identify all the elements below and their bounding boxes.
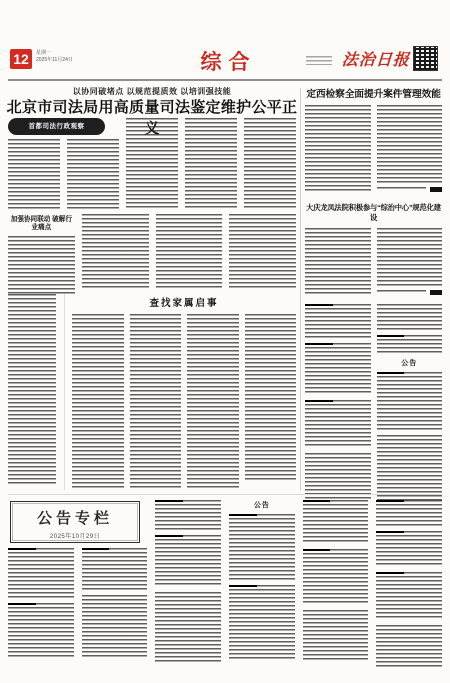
sidebar-article-1-body (305, 105, 442, 193)
announcement-box-title: 公告专栏 (11, 507, 139, 528)
classified-item (376, 572, 442, 620)
section-divider (8, 494, 442, 495)
text-block (187, 314, 239, 488)
text-block (377, 228, 443, 296)
announcement-item (377, 372, 443, 430)
classifieds-section: 公告专栏 2025年10月29日 公告 (8, 500, 442, 662)
classified-item (229, 585, 295, 661)
article-body-band-3: 查找家属启事 (8, 294, 296, 490)
text-block (377, 105, 443, 193)
text-block (305, 228, 371, 296)
classified-item (155, 535, 221, 587)
article-body-band-2: 加强协同联动 破解行业痛点 (8, 214, 296, 290)
text-block (377, 290, 427, 294)
announcement-item (305, 304, 371, 338)
classified-item (376, 625, 442, 669)
newspaper-page: 12 星期一 2025年11月24日 综合 法治日报 以协同破堵点 以规范提质效… (0, 0, 450, 683)
classified-item (155, 592, 221, 662)
classified-item (155, 500, 221, 530)
classified-column (303, 500, 369, 662)
author-signature (430, 290, 442, 295)
classified-item (303, 500, 369, 544)
column-divider (300, 88, 301, 490)
body-column (8, 294, 56, 486)
header-divider (8, 79, 442, 81)
body-column (244, 118, 296, 210)
text-block (8, 236, 75, 294)
classified-item (8, 603, 74, 659)
announcement-item (377, 304, 443, 330)
masthead-logo: 法治日报 (333, 47, 411, 70)
announcement-column-box: 公告专栏 2025年10月29日 (10, 501, 140, 543)
body-column (185, 118, 237, 210)
sidebar-article-1-title: 定西检察全面提升案件管理效能 (305, 86, 442, 100)
column-badge: 首都司法行政观察 (8, 118, 105, 135)
classified-item (376, 531, 442, 567)
text-block (377, 228, 443, 288)
classified-item (303, 549, 369, 605)
announcement-item (305, 400, 371, 448)
announcement-item (377, 435, 443, 501)
announcement-item (305, 343, 371, 395)
byline-row (377, 187, 443, 192)
announcement-item (377, 335, 443, 353)
classified-item (82, 548, 148, 590)
text-block (377, 105, 443, 185)
text-block (377, 187, 427, 191)
text-block (8, 139, 60, 210)
classified-mini-header: 公告 (229, 500, 295, 510)
author-signature (430, 187, 442, 192)
classified-column: 公告 (229, 500, 295, 662)
classified-column (376, 500, 442, 662)
classified-item (82, 595, 148, 659)
family-notice-columns (72, 314, 296, 488)
article-subhead: 加强协同联动 破解行业痛点 (8, 216, 75, 232)
text-block (67, 139, 119, 210)
announcement-box-date: 2025年10月29日 (11, 531, 139, 540)
sidebar-announcements: 公告 (305, 304, 442, 506)
classified-item (303, 610, 369, 662)
classified-column (155, 500, 221, 662)
article-body-band-1: 首都司法行政观察 (8, 118, 296, 210)
announcement-column: 公告 (377, 304, 443, 506)
text-block (305, 105, 371, 193)
body-column (126, 118, 178, 210)
classified-item (8, 548, 74, 598)
announcement-column (305, 304, 371, 506)
announcement-mini-header: 公告 (377, 358, 443, 368)
family-notice-section: 查找家属启事 (64, 294, 296, 490)
body-column (156, 214, 223, 290)
family-notice-title: 查找家属启事 (72, 295, 296, 309)
sidebar-article-2-body (305, 228, 442, 296)
editor-credits-text (306, 56, 332, 65)
text-block (72, 314, 124, 488)
text-block (245, 314, 297, 482)
body-column: 加强协同联动 破解行业痛点 (8, 214, 75, 290)
sidebar-article-2-title: 大庆龙凤法院积极参与“综治中心”规范化建设 (305, 203, 442, 223)
classified-item (376, 500, 442, 526)
byline-row (377, 290, 443, 295)
qr-code (413, 46, 438, 71)
text-block (130, 314, 182, 488)
classified-item (229, 514, 295, 580)
body-column (229, 214, 296, 290)
sidebar: 定西检察全面提升案件管理效能 大庆龙凤法院积极参与“综治中心”规范化建设 (305, 86, 442, 506)
body-column (82, 214, 149, 290)
